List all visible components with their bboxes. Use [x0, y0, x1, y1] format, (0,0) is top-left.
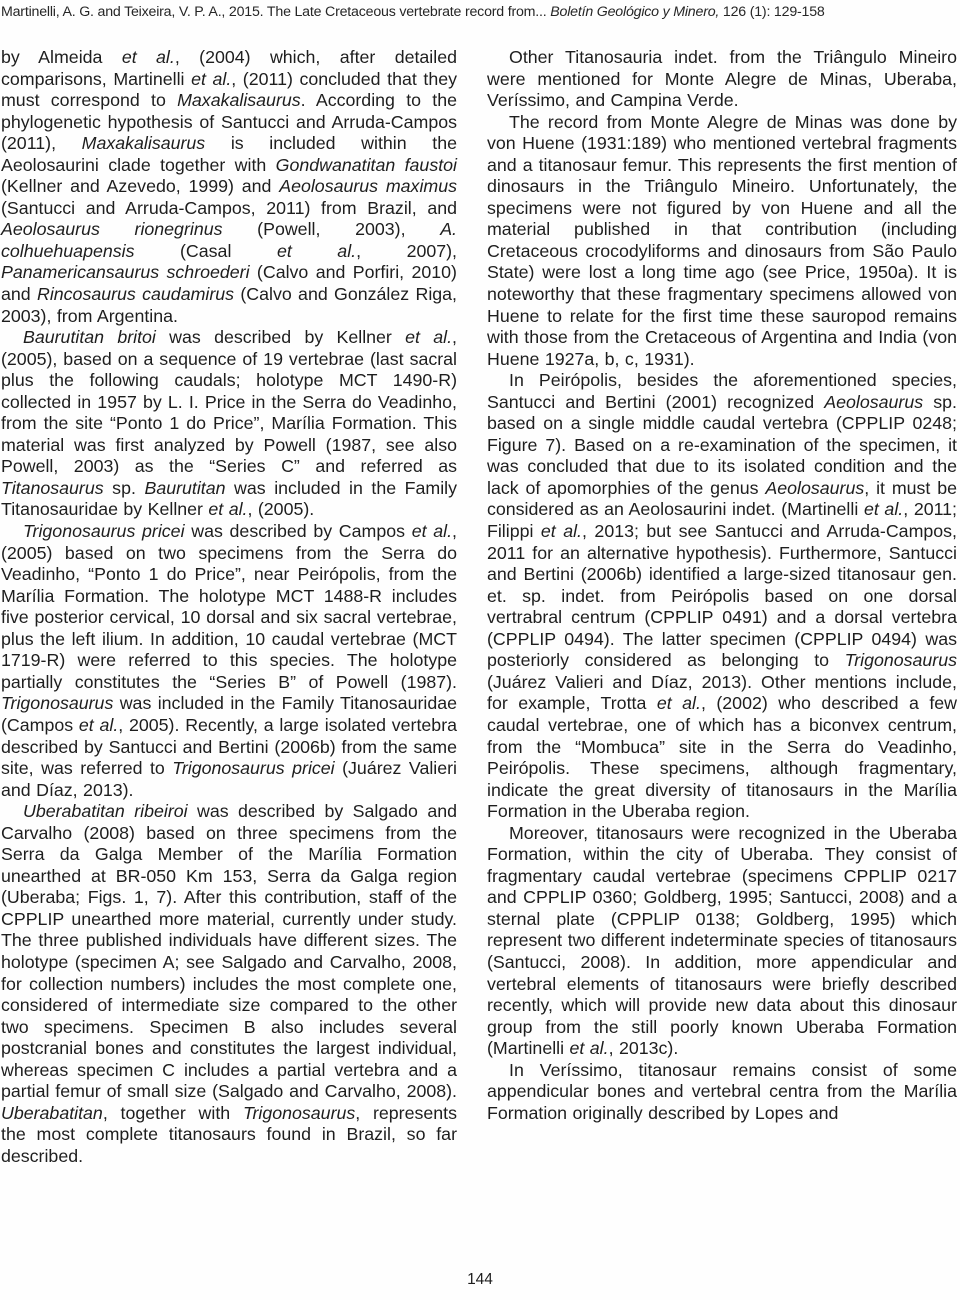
page-number: 144 [0, 1271, 960, 1289]
paragraph: Uberabatitan ribeiroi was described by S… [1, 801, 457, 1167]
paper-page: Martinelli, A. G. and Teixeira, V. P. A.… [0, 0, 960, 1300]
paragraph: In Peirópolis, besides the aforementione… [487, 370, 957, 822]
text-column-right: Other Titanosauria indet. from the Triân… [487, 47, 957, 1167]
journal-citation: Martinelli, A. G. and Teixeira, V. P. A.… [1, 4, 825, 20]
running-header: Martinelli, A. G. and Teixeira, V. P. A.… [1, 4, 959, 20]
paragraph: The record from Monte Alegre de Minas wa… [487, 112, 957, 371]
paragraph: In Veríssimo, titanosaur remains consist… [487, 1060, 957, 1125]
paragraph: by Almeida et al., (2004) which, after d… [1, 47, 457, 327]
page-body: by Almeida et al., (2004) which, after d… [1, 47, 957, 1167]
paragraph: Moreover, titanosaurs were recognized in… [487, 823, 957, 1060]
text-column-left: by Almeida et al., (2004) which, after d… [1, 47, 457, 1167]
paragraph: Baurutitan britoi was described by Kelln… [1, 327, 457, 521]
paragraph: Other Titanosauria indet. from the Triân… [487, 47, 957, 112]
paragraph: Trigonosaurus pricei was described by Ca… [1, 521, 457, 801]
